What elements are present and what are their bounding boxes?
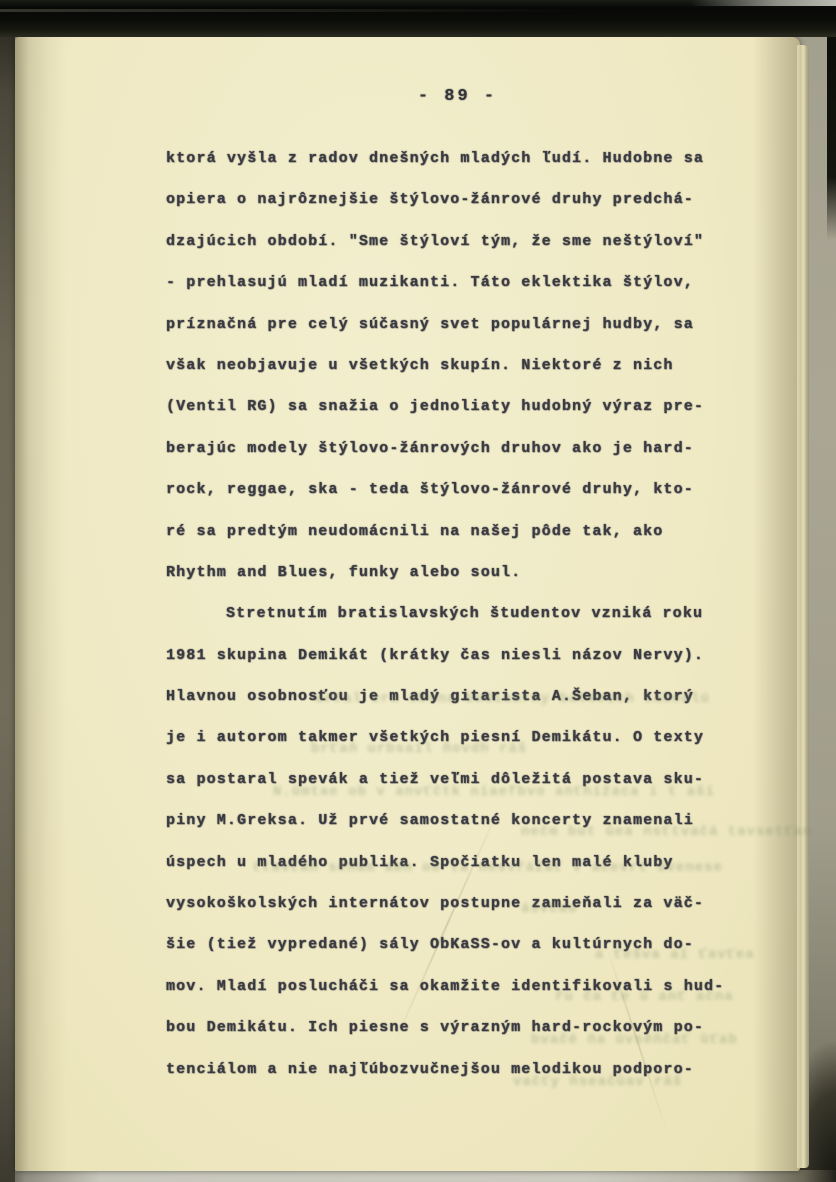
scan-shadow-right	[827, 30, 836, 240]
typed-line: (Ventil RG) sa snažia o jednoliaty hudob…	[166, 386, 752, 427]
typed-line: vysokoškolských internátov postupne zami…	[166, 883, 752, 924]
bleedthrough-line: brťaň urbsaíl ňovdh ráš	[311, 741, 527, 757]
bleedthrough-line: vačťy ňseačůav ráš	[513, 1074, 682, 1090]
typed-line: 1981 skupina Demikát (krátky čas niesli …	[166, 635, 752, 676]
page-stack-edge	[797, 45, 809, 1168]
scan-top-band	[0, 0, 836, 37]
bleedthrough-line: ťťavťáh sěnam abn ob ta nesvřážať v ačev…	[253, 860, 723, 876]
bleedthrough-line: urťal era ebsna bodiaurny batseich tabed…	[315, 691, 710, 707]
bleedthrough-line: a ťešva aí ťavťea	[595, 947, 755, 963]
typed-line: Stretnutím bratislavských študentov vzni…	[166, 593, 752, 634]
typed-line: príznačná pre celý súčasný svet populárn…	[166, 304, 752, 345]
scanner-background-bottom	[0, 1170, 836, 1182]
typed-line: opiera o najrôznejšie štýlovo-žánrové dr…	[166, 179, 752, 220]
bleedthrough-line: N.ůmtae ob v anvťčtk níaefbvo anťhížaca …	[273, 784, 715, 800]
book-gutter-edge	[0, 0, 15, 1182]
typed-line: rock, reggae, ska - teda štýlovo-žánrové…	[166, 469, 752, 510]
scan-top-line	[0, 9, 585, 12]
typed-line: dzajúcich období. "Sme štýloví tým, že s…	[166, 221, 752, 262]
paper-page: - 89 - ktorá vyšla z radov dnešných mlad…	[15, 37, 800, 1171]
bleedthrough-line: bvačé ňa ůvsěňčať ůťab	[531, 1032, 738, 1048]
bleedthrough-line: nečm but ůea nsťtvačá tavsetťan	[521, 824, 812, 840]
bleedthrough-line: řu ča ťe ů anť ačna	[555, 989, 734, 1005]
page-number: - 89 -	[115, 87, 800, 106]
bleedthrough-line: ásvčau	[521, 901, 577, 917]
scanned-document: - 89 - ktorá vyšla z radov dnešných mlad…	[0, 0, 836, 1182]
typed-line: Rhythm and Blues, funky alebo soul.	[166, 552, 752, 593]
typed-line: ktorá vyšla z radov dnešných mladých ľud…	[166, 138, 752, 179]
typed-line: berajúc modely štýlovo-žánrových druhov …	[166, 428, 752, 469]
typed-line: ré sa predtým neudomácnili na našej pôde…	[166, 511, 752, 552]
typed-line: - prehlasujú mladí muzikanti. Táto eklek…	[166, 262, 752, 303]
scan-top-highlight	[690, 0, 836, 6]
typed-line: však neobjavuje u všetkých skupín. Niekt…	[166, 345, 752, 386]
